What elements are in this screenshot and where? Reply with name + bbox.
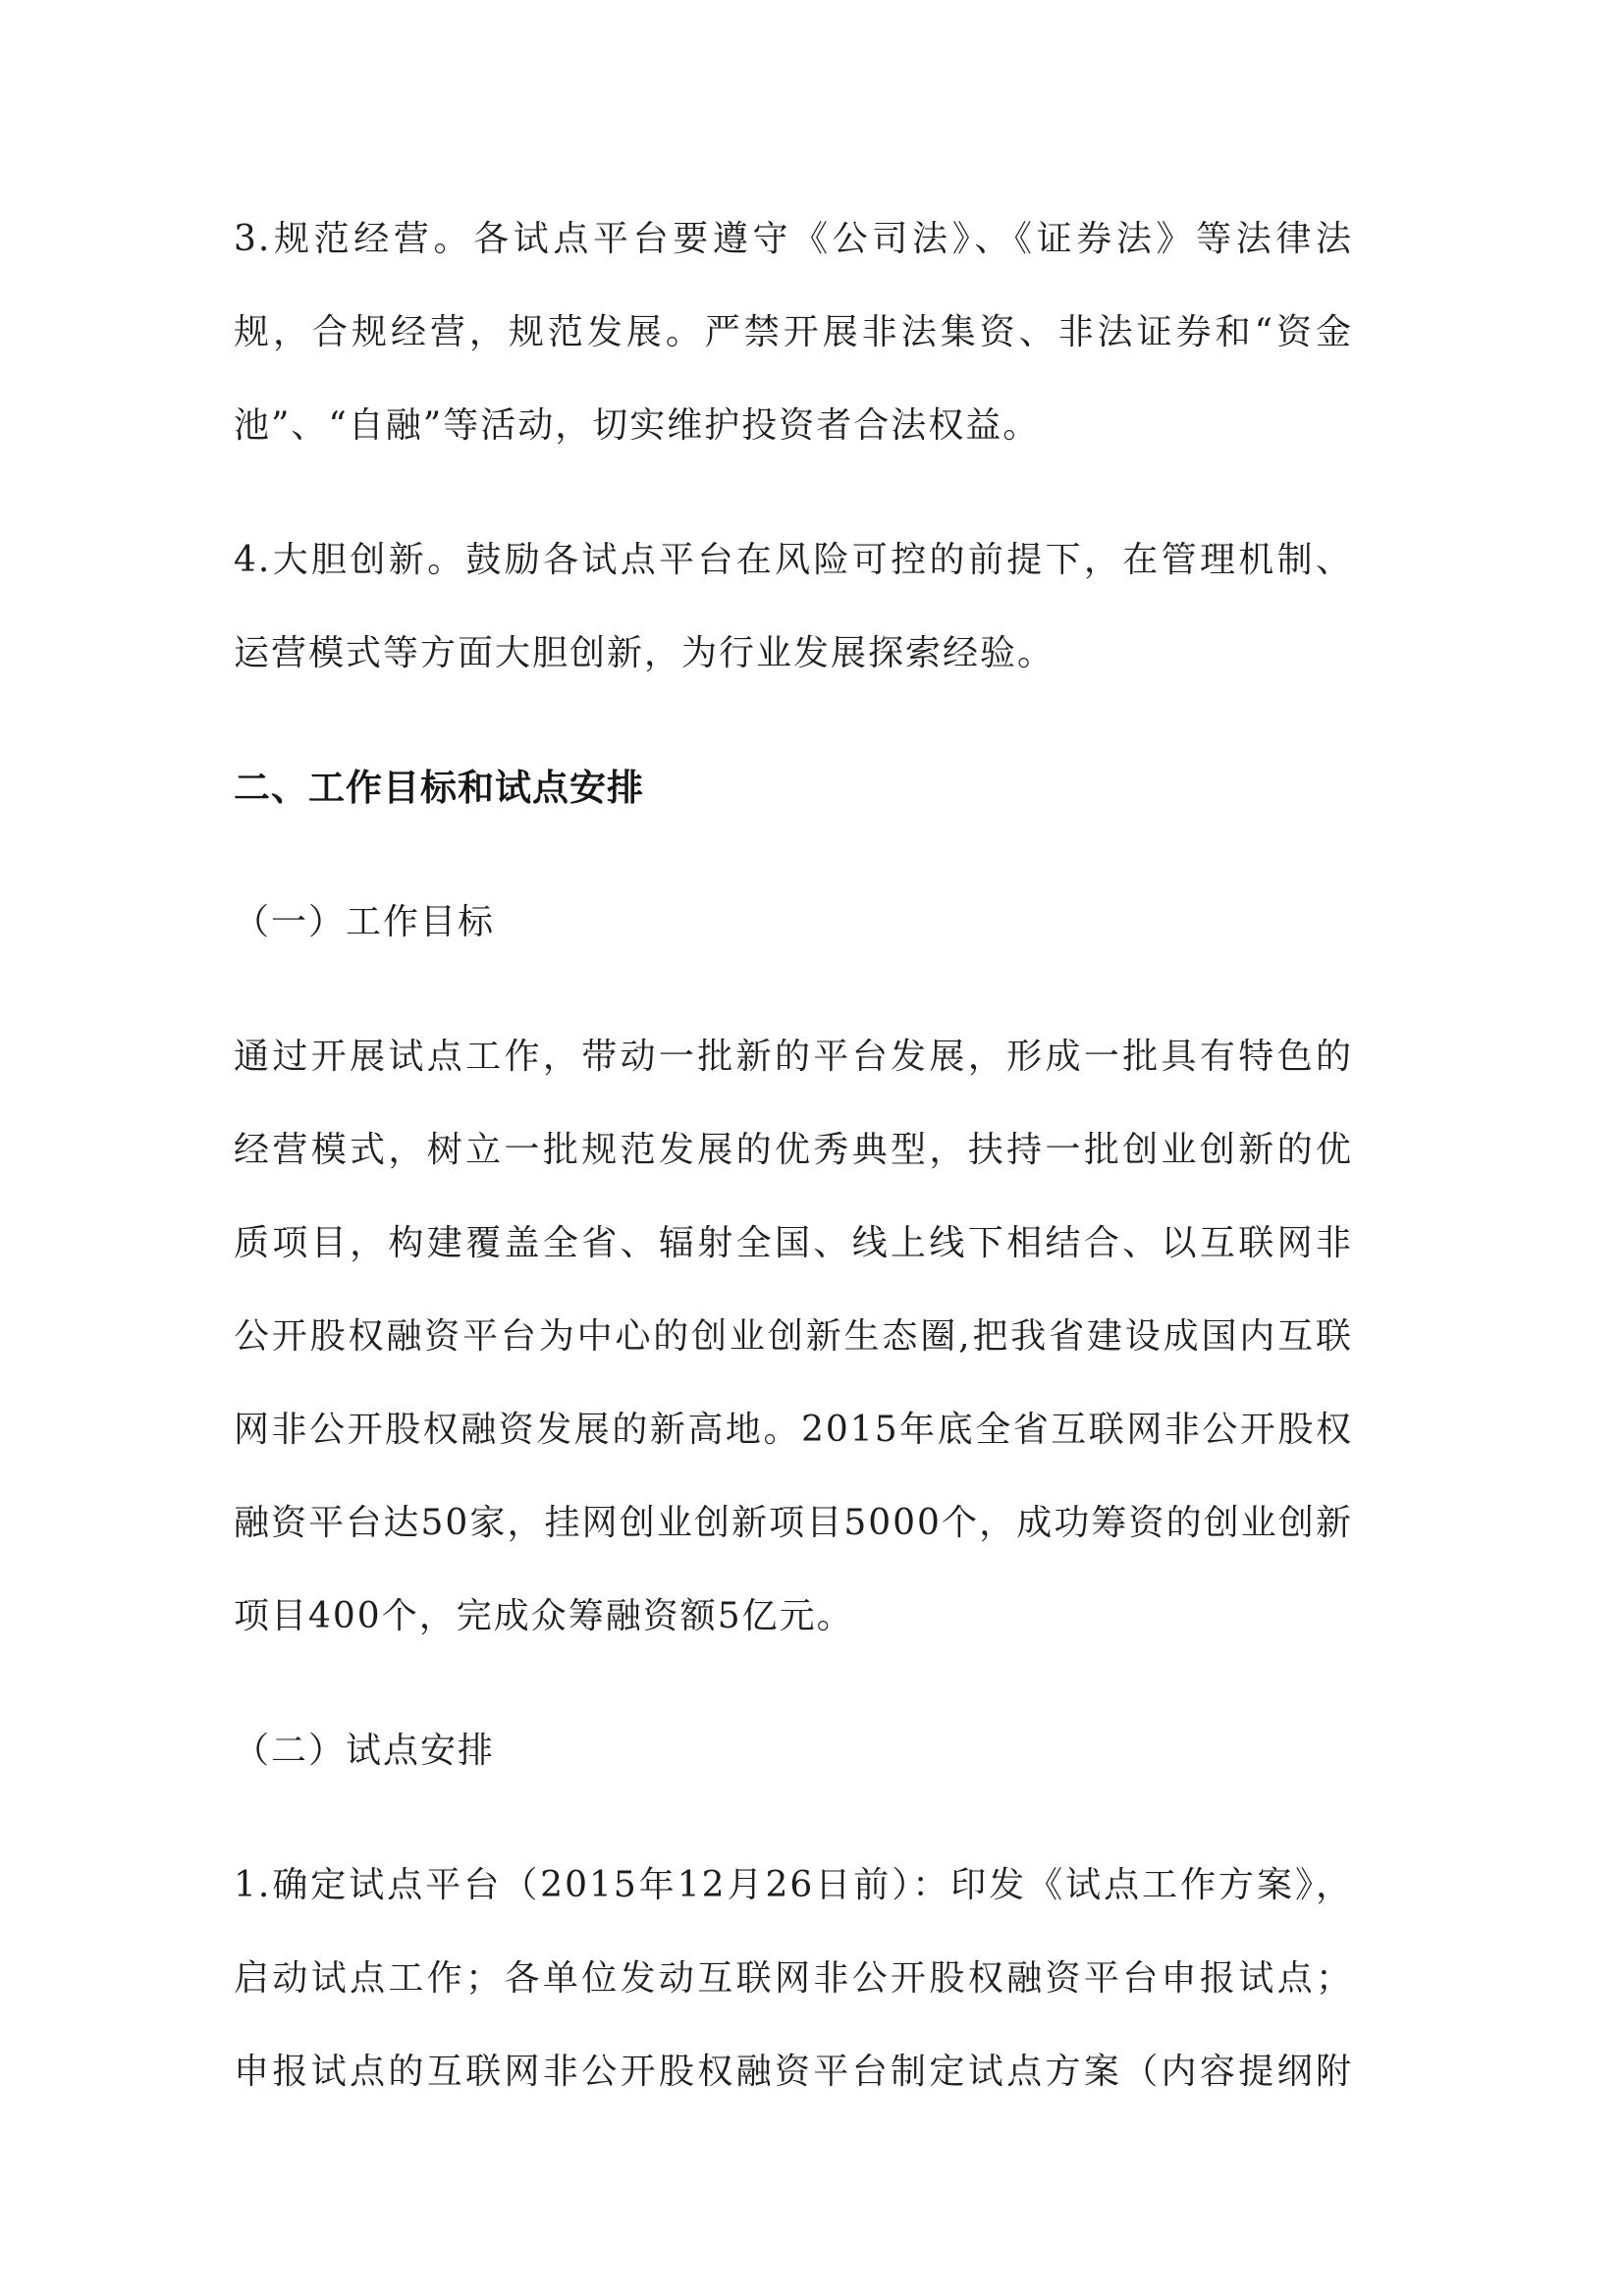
text-line: 融资平台达50家，挂网创业创新项目5000个，成功筹资的创业创新 bbox=[234, 1476, 1353, 1570]
text-line: 规，合规经营，规范发展。严禁开展非法集资、非法证券和“资金 bbox=[234, 286, 1353, 379]
text-line: 网非公开股权融资发展的新高地。2015年底全省互联网非公开股权 bbox=[234, 1383, 1353, 1476]
text-line: 申报试点的互联网非公开股权融资平台制定试点方案（内容提纲附 bbox=[234, 2025, 1353, 2118]
subheading-pilot-arrangement: （二）试点安排 bbox=[234, 1704, 1353, 1797]
text-line: 3.规范经营。各试点平台要遵守《公司法》、《证券法》等法律法 bbox=[234, 192, 1353, 286]
paragraph-regulated-operation: 3.规范经营。各试点平台要遵守《公司法》、《证券法》等法律法 规，合规经营，规范… bbox=[234, 192, 1353, 472]
paragraph-work-goals-body: 通过开展试点工作，带动一批新的平台发展，形成一批具有特色的 经营模式，树立一批规… bbox=[234, 1010, 1353, 1663]
text-line: 启动试点工作；各单位发动互联网非公开股权融资平台申报试点； bbox=[234, 1932, 1353, 2025]
text-line: 1.确定试点平台（2015年12月26日前）：印发《试点工作方案》， bbox=[234, 1839, 1353, 1932]
text-line: 经营模式，树立一批规范发展的优秀典型，扶持一批创业创新的优 bbox=[234, 1103, 1353, 1197]
section-heading-text: 二、工作目标和试点安排 bbox=[234, 741, 1353, 834]
text-line: 公开股权融资平台为中心的创业创新生态圈,把我省建设成国内互联 bbox=[234, 1290, 1353, 1383]
text-line: 运营模式等方面大胆创新，为行业发展探索经验。 bbox=[234, 607, 1353, 700]
subheading-text: （二）试点安排 bbox=[234, 1704, 1353, 1797]
text-line: 池”、“自融”等活动，切实维护投资者合法权益。 bbox=[234, 379, 1353, 472]
paragraph-bold-innovation: 4.大胆创新。鼓励各试点平台在风险可控的前提下，在管理机制、 运营模式等方面大胆… bbox=[234, 513, 1353, 700]
document-content: 3.规范经营。各试点平台要遵守《公司法》、《证券法》等法律法 规，合规经营，规范… bbox=[234, 192, 1353, 2160]
text-line: 通过开展试点工作，带动一批新的平台发展，形成一批具有特色的 bbox=[234, 1010, 1353, 1103]
subheading-work-goals: （一）工作目标 bbox=[234, 876, 1353, 969]
text-line: 项目400个，完成众筹融资额5亿元。 bbox=[234, 1570, 1353, 1663]
section-heading-goals-and-pilot-arrangement: 二、工作目标和试点安排 bbox=[234, 741, 1353, 834]
document-page: 3.规范经营。各试点平台要遵守《公司法》、《证券法》等法律法 规，合规经营，规范… bbox=[0, 0, 1624, 2296]
subheading-text: （一）工作目标 bbox=[234, 876, 1353, 969]
text-line: 质项目，构建覆盖全省、辐射全国、线上线下相结合、以互联网非 bbox=[234, 1197, 1353, 1290]
paragraph-confirm-pilot-platforms: 1.确定试点平台（2015年12月26日前）：印发《试点工作方案》， 启动试点工… bbox=[234, 1839, 1353, 2118]
text-line: 4.大胆创新。鼓励各试点平台在风险可控的前提下，在管理机制、 bbox=[234, 513, 1353, 607]
